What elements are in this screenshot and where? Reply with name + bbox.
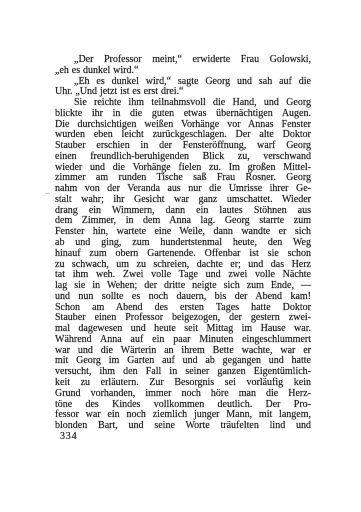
- text-line: „eh es dunkel wird.“: [55, 66, 311, 77]
- scan-artifact-mark: [45, 193, 50, 194]
- scanned-book-page: „Der Professor meint,“ erwiderte Frau Go…: [0, 0, 361, 512]
- text-line: Grund vorhanden, immer noch höre man die…: [55, 389, 311, 400]
- text-line: blickte ihr in die guten etwas übernächt…: [55, 109, 311, 120]
- page-number: 334: [60, 431, 77, 442]
- text-line: blonden Bart, und seine Worte träufelten…: [55, 421, 311, 432]
- text-line: hinauf zum obern Gartenende. Offenbar is…: [55, 249, 311, 260]
- page-text: „Der Professor meint,“ erwiderte Frau Go…: [55, 55, 311, 432]
- text-line: und nun sollte es noch dauern, bis der A…: [55, 292, 311, 303]
